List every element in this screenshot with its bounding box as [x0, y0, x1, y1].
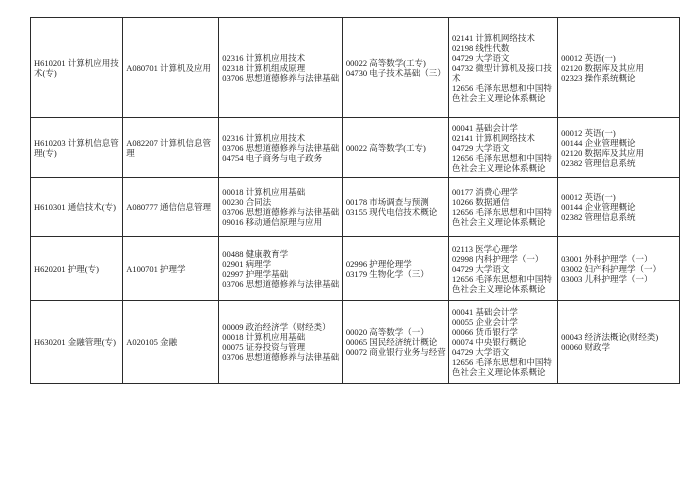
- cell-major: H610201 计算机应用技术(专): [31, 18, 123, 118]
- table-row: H630201 金融管理(专)A020105 金融00009 政治经济学（财经类…: [31, 301, 680, 384]
- course-entry: 02998 内科护理学（一）: [452, 254, 555, 264]
- course-entry: 00178 市场调查与预测: [346, 197, 446, 207]
- course-entry: 02141 计算机网络技术: [452, 33, 555, 43]
- cell-major: H610301 通信技术(专): [31, 178, 123, 237]
- cell-program: A100701 护理学: [123, 237, 219, 301]
- cell-courses_c: 00177 消费心理学10266 数据通信12656 毛泽东思想和中国特色社会主…: [449, 178, 558, 237]
- cell-courses_b: 02996 护理伦理学03179 生物化学（三）: [342, 237, 448, 301]
- course-table: H610201 计算机应用技术(专)A080701 计算机及应用02316 计算…: [30, 17, 680, 384]
- course-entry: 03706 思想道德修养与法律基础: [222, 352, 340, 362]
- document-page: H610201 计算机应用技术(专)A080701 计算机及应用02316 计算…: [0, 0, 680, 480]
- course-entry: 00009 政治经济学（财经类）: [222, 322, 340, 332]
- course-entry: 00022 高等数学(工专): [346, 58, 446, 68]
- course-entry: 03706 思想道德修养与法律基础: [222, 73, 340, 83]
- cell-courses_d: 00043 经济法概论(财经类)00060 财政学: [558, 301, 680, 384]
- course-entry: 00072 商业银行业务与经营: [346, 347, 446, 357]
- cell-program: A020105 金融: [123, 301, 219, 384]
- course-entry: 02997 护理学基础: [222, 269, 340, 279]
- major-text: H620201 护理(专): [34, 264, 120, 274]
- course-entry: 04729 大学语文: [452, 347, 555, 357]
- course-entry: 03706 思想道德修养与法律基础: [222, 143, 340, 153]
- cell-major: H630201 金融管理(专): [31, 301, 123, 384]
- cell-courses_c: 00041 基础会计学02141 计算机网络技术04729 大学语文12656 …: [449, 118, 558, 178]
- course-entry: 04729 大学语文: [452, 264, 555, 274]
- major-text: H610301 通信技术(专): [34, 202, 120, 212]
- course-entry: 04729 大学语文: [452, 53, 555, 63]
- course-entry: 00060 财政学: [561, 342, 677, 352]
- course-entry: 00065 国民经济统计概论: [346, 337, 446, 347]
- course-entry: 02141 计算机网络技术: [452, 133, 555, 143]
- program-text: A020105 金融: [126, 337, 216, 347]
- cell-courses_c: 02141 计算机网络技术02198 线性代数04729 大学语文04732 微…: [449, 18, 558, 118]
- table-row: H610201 计算机应用技术(专)A080701 计算机及应用02316 计算…: [31, 18, 680, 118]
- cell-program: A082207 计算机信息管理: [123, 118, 219, 178]
- course-entry: 03003 儿科护理学（一）: [561, 274, 677, 284]
- course-entry: 00012 英语(一): [561, 192, 677, 202]
- cell-major: H620201 护理(专): [31, 237, 123, 301]
- course-entry: 00012 英语(一): [561, 53, 677, 63]
- course-entry: 00488 健康教育学: [222, 249, 340, 259]
- course-entry: 00177 消费心理学: [452, 187, 555, 197]
- cell-courses_c: 02113 医学心理学02998 内科护理学（一）04729 大学语文12656…: [449, 237, 558, 301]
- course-entry: 12656 毛泽东思想和中国特色社会主义理论体系概论: [452, 274, 555, 294]
- course-entry: 02316 计算机应用技术: [222, 53, 340, 63]
- course-entry: 04729 大学语文: [452, 143, 555, 153]
- cell-courses_a: 02316 计算机应用技术02318 计算机组成原理03706 思想道德修养与法…: [219, 18, 343, 118]
- cell-courses_b: 00022 高等数学(工专)04730 电子技术基础（三）: [342, 18, 448, 118]
- cell-courses_b: 00020 高等数学（一）00065 国民经济统计概论00072 商业银行业务与…: [342, 301, 448, 384]
- cell-courses_a: 02316 计算机应用技术03706 思想道德修养与法律基础04754 电子商务…: [219, 118, 343, 178]
- course-entry: 02318 计算机组成原理: [222, 63, 340, 73]
- course-entry: 04754 电子商务与电子政务: [222, 153, 340, 163]
- course-entry: 00018 计算机应用基础: [222, 332, 340, 342]
- course-entry: 00020 高等数学（一）: [346, 327, 446, 337]
- course-entry: 04730 电子技术基础（三）: [346, 68, 446, 78]
- cell-courses_a: 00009 政治经济学（财经类）00018 计算机应用基础00075 证券投资与…: [219, 301, 343, 384]
- cell-courses_a: 00488 健康教育学02901 病理学02997 护理学基础03706 思想道…: [219, 237, 343, 301]
- cell-courses_d: 00012 英语(一)00144 企业管理概论02382 管理信息系统: [558, 178, 680, 237]
- course-entry: 12656 毛泽东思想和中国特色社会主义理论体系概论: [452, 357, 555, 377]
- course-entry: 02901 病理学: [222, 259, 340, 269]
- major-text: H630201 金融管理(专): [34, 337, 120, 347]
- course-entry: 12656 毛泽东思想和中国特色社会主义理论体系概论: [452, 83, 555, 103]
- course-entry: 03001 外科护理学（一）: [561, 254, 677, 264]
- course-entry: 02382 管理信息系统: [561, 212, 677, 222]
- major-text: H610201 计算机应用技术(专): [34, 58, 120, 78]
- course-entry: 00041 基础会计学: [452, 307, 555, 317]
- course-entry: 09016 移动通信原理与应用: [222, 217, 340, 227]
- course-entry: 03155 现代电信技术概论: [346, 207, 446, 217]
- program-text: A080701 计算机及应用: [126, 63, 216, 73]
- major-text: H610203 计算机信息管理(专): [34, 138, 120, 158]
- course-entry: 00066 货币银行学: [452, 327, 555, 337]
- course-entry: 02198 线性代数: [452, 43, 555, 53]
- course-entry: 00041 基础会计学: [452, 123, 555, 133]
- table-row: H610203 计算机信息管理(专)A082207 计算机信息管理02316 计…: [31, 118, 680, 178]
- course-entry: 03706 思想道德修养与法律基础: [222, 207, 340, 217]
- course-entry: 00075 证券投资与管理: [222, 342, 340, 352]
- course-entry: 03002 妇产科护理学（一）: [561, 264, 677, 274]
- cell-courses_d: 00012 英语(一)00144 企业管理概论02120 数据库及其应用0238…: [558, 118, 680, 178]
- cell-program: A080701 计算机及应用: [123, 18, 219, 118]
- course-entry: 12656 毛泽东思想和中国特色社会主义理论体系概论: [452, 207, 555, 227]
- course-entry: 00055 企业会计学: [452, 317, 555, 327]
- program-text: A100701 护理学: [126, 264, 216, 274]
- course-entry: 00018 计算机应用基础: [222, 187, 340, 197]
- course-entry: 03706 思想道德修养与法律基础: [222, 279, 340, 289]
- course-entry: 02996 护理伦理学: [346, 259, 446, 269]
- program-text: A080777 通信信息管理: [126, 202, 216, 212]
- course-entry: 02113 医学心理学: [452, 244, 555, 254]
- course-entry: 00012 英语(一): [561, 128, 677, 138]
- course-entry: 00230 合同法: [222, 197, 340, 207]
- course-entry: 00144 企业管理概论: [561, 202, 677, 212]
- course-entry: 00144 企业管理概论: [561, 138, 677, 148]
- course-entry: 00074 中央银行概论: [452, 337, 555, 347]
- course-entry: 02120 数据库及其应用: [561, 63, 677, 73]
- cell-courses_c: 00041 基础会计学00055 企业会计学00066 货币银行学00074 中…: [449, 301, 558, 384]
- course-entry: 02323 操作系统概论: [561, 73, 677, 83]
- course-entry: 00022 高等数学(工专): [346, 143, 446, 153]
- course-entry: 02382 管理信息系统: [561, 158, 677, 168]
- cell-courses_b: 00022 高等数学(工专): [342, 118, 448, 178]
- course-entry: 04732 微型计算机及接口技术: [452, 63, 555, 83]
- program-text: A082207 计算机信息管理: [126, 138, 216, 158]
- table-row: H610301 通信技术(专)A080777 通信信息管理00018 计算机应用…: [31, 178, 680, 237]
- cell-program: A080777 通信信息管理: [123, 178, 219, 237]
- course-entry: 02120 数据库及其应用: [561, 148, 677, 158]
- cell-courses_d: 00012 英语(一)02120 数据库及其应用02323 操作系统概论: [558, 18, 680, 118]
- cell-courses_a: 00018 计算机应用基础00230 合同法03706 思想道德修养与法律基础0…: [219, 178, 343, 237]
- course-entry: 03179 生物化学（三）: [346, 269, 446, 279]
- cell-courses_b: 00178 市场调查与预测03155 现代电信技术概论: [342, 178, 448, 237]
- cell-courses_d: 03001 外科护理学（一）03002 妇产科护理学（一）03003 儿科护理学…: [558, 237, 680, 301]
- table-row: H620201 护理(专)A100701 护理学00488 健康教育学02901…: [31, 237, 680, 301]
- course-entry: 10266 数据通信: [452, 197, 555, 207]
- course-entry: 00043 经济法概论(财经类): [561, 332, 677, 342]
- course-entry: 02316 计算机应用技术: [222, 133, 340, 143]
- course-table-body: H610201 计算机应用技术(专)A080701 计算机及应用02316 计算…: [31, 18, 680, 384]
- cell-major: H610203 计算机信息管理(专): [31, 118, 123, 178]
- course-entry: 12656 毛泽东思想和中国特色社会主义理论体系概论: [452, 153, 555, 173]
